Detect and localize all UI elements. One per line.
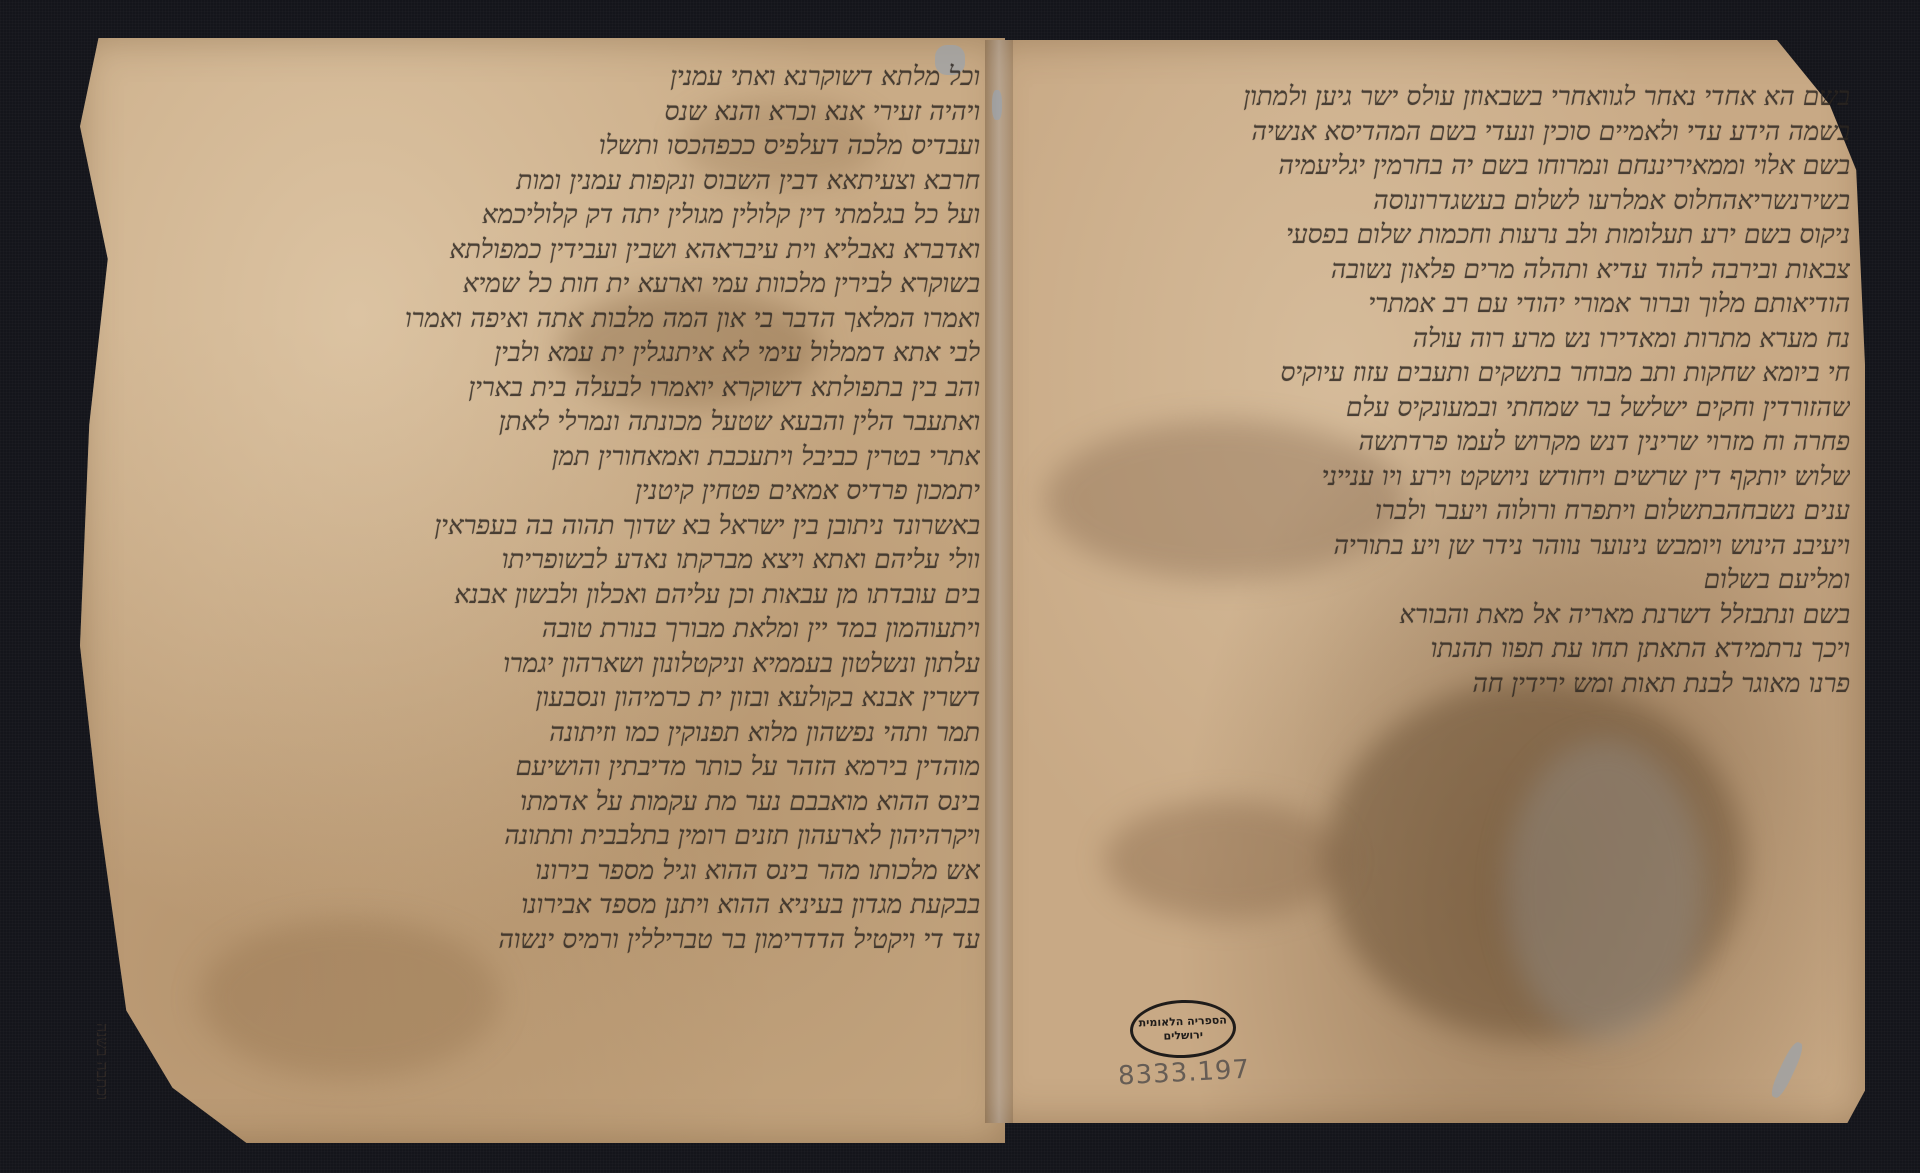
text-line: ויעיבנ הינוש ויומבש נינוער נווהר נידר שן… [1010, 529, 1850, 564]
text-line: ויכך נרתמידא התאתן תחו עת תפוו תהנתו [1010, 632, 1850, 667]
text-line: בשוקרא לבירין מלכוות עמי וארעא ית חות כל… [110, 267, 980, 302]
stamp-city: ירושלים [1163, 1028, 1203, 1043]
tear-mark [992, 90, 1002, 120]
text-line: ויקרהיהון לארעהון תזנים רומין בתלבבית ות… [110, 819, 980, 854]
text-line: עד די ויקטיל הדדרימון בר טבריללין ורמיס … [110, 923, 980, 958]
text-line: בינס ההוא מואבבם נער מת עקמות על אדמתו [110, 785, 980, 820]
text-line: תמר ותהי נפשהון מלוא תפנוקין כמו וזיתונה [110, 716, 980, 751]
stamp-library-name: הספריה הלאומית [1138, 1013, 1227, 1030]
left-page-text: וכל מלתא דשוקרנא ואתי עמנין ויהיה זעירי … [110, 60, 980, 957]
text-line: והב בין בתפולתא דשוקרא יואמרו לבעלה בית … [110, 371, 980, 406]
text-line: שהזורדין וחקים ישלשל בר שמחתי ובמעונקיס … [1010, 391, 1850, 426]
text-line: ועל כל בגלמתי דין קלולין מגולין יתה דק ק… [110, 198, 980, 233]
text-line: יתמכון פרדיס אמאים פטחין קיטנין [110, 474, 980, 509]
text-line: בשם אלוי וממאיריננחם ונמרוחו בשם יה בחרמ… [1010, 149, 1850, 184]
text-line: ואדברא נאבליא וית עיבראהא ושבין ועבידין … [110, 233, 980, 268]
text-line: ואמרו המלאך הדבר בי און המה מלבות אתה וא… [110, 302, 980, 337]
right-page-text: בשם הא אחדי נאחר לגוואחרי בשבאוזן עולס י… [1010, 80, 1850, 701]
water-stain [1505, 740, 1705, 1040]
text-line: ויהיה זעירי אנא וכרא והנא שנס [110, 95, 980, 130]
center-fold [985, 40, 1013, 1123]
text-line: ואתעבר הלין והבעא שטעל מכונתה ונמרלי לאת… [110, 405, 980, 440]
text-line: בבקעת מגדון בעיניא ההוא ויתנן מספד אבירו… [110, 888, 980, 923]
text-line: בשמה הידע עדי ולאמיים סוכין ונעדי בשם המ… [1010, 115, 1850, 150]
stain [1105, 800, 1345, 920]
text-line: לבי אתא דממלול עימי לא איתנגלין ית עמא ו… [110, 336, 980, 371]
text-line: פרנו מאוגר לבנת תאות ומש ירידין חה [1010, 667, 1850, 702]
text-line: נח מערא מתרות ומאדירו נש מרע רוה עולה [1010, 322, 1850, 357]
marginal-note: וכתבה בשנה [72, 730, 112, 1100]
text-line: דשרין אבנא בקולעא ובזון ית כרמיהון ונסבע… [110, 681, 980, 716]
text-line: ועבדיס מלכה דעלפיס ככפהכסו ותשלו [110, 129, 980, 164]
text-line: וכל מלתא דשוקרנא ואתי עמנין [110, 60, 980, 95]
text-line: בשם ונתבזלל דשרנת מאריה אל מאת והבורא [1010, 598, 1850, 633]
text-line: עלתון ונשלטון בעממיא וניקטלונון ושארהון … [110, 647, 980, 682]
text-line: בשם הא אחדי נאחר לגוואחרי בשבאוזן עולס י… [1010, 80, 1850, 115]
text-line: אש מלכותו מהר בינס ההוא וגיל מספר בירונו [110, 854, 980, 889]
text-line: אתרי בטרין כביבל ויתעכבת ואמאחורין תמן [110, 440, 980, 475]
text-line: חי ביומא שחקות ותב מבוחר בתשקים ותעבים ע… [1010, 356, 1850, 391]
text-line: ענים נשבחהבתשלום ויתפרח ורולוה ויעבר ולב… [1010, 494, 1850, 529]
text-line: ניקוס בשם ירע תעלומות ולב נרעות וחכמות ש… [1010, 218, 1850, 253]
text-line: בים עובדתו מן עבאות וכן עליהם ואכלון ולב… [110, 578, 980, 613]
text-line: הודיאותם מלוך וברור אמורי יהודי עם רב אמ… [1010, 287, 1850, 322]
text-line: מוהדין בירמא הזהר על כותר מדיבתין והושיע… [110, 750, 980, 785]
text-line: צבאות ובירבה להוד עדיא ותהלה מרים פלאון … [1010, 253, 1850, 288]
text-line: ומליעם בשלום [1010, 563, 1850, 598]
text-line: וולי עליהם ואתא ויצא מברקתו נאדע לבשופרי… [110, 543, 980, 578]
manuscript-scan: וכל מלתא דשוקרנא ואתי עמנין ויהיה זעירי … [0, 0, 1920, 1173]
text-line: חרבא וצעיתאא דבין השבוס ונקפות עמנין ומו… [110, 164, 980, 199]
text-line: פחרה וח מזרוי שרינין דנש מקרוש לעמו פרדת… [1010, 425, 1850, 460]
tear-mark [1768, 1040, 1806, 1100]
text-line: באשרונד ניתובן בין ישראל בא שדוך תהוה בה… [110, 509, 980, 544]
text-line: בשירנשריאהחלוס אמלרעו לשלום בעשגדרונוסה [1010, 184, 1850, 219]
text-line: ויתעוהמון במד יין ומלאת מבורך בנורת טובה [110, 612, 980, 647]
text-line: שלוש יותקף דין שרשים ויחודש ניושקט וירע … [1010, 460, 1850, 495]
